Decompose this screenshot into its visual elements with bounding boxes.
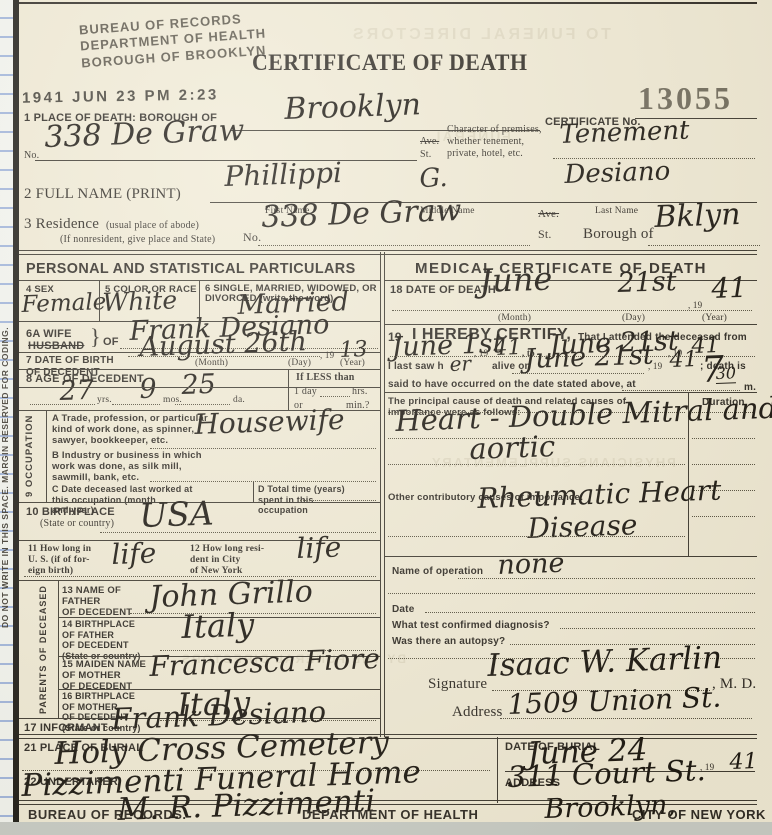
death-time-minutes: 30 [715, 363, 736, 384]
rule [300, 482, 376, 501]
mother-maiden-name-value: Francesca Fiore [149, 642, 381, 683]
print-19: , 19 [648, 361, 662, 372]
left-border-bar [13, 0, 19, 822]
rule [385, 262, 757, 281]
death-certificate-scan: TO FUNERAL DIRECTORS FUNERAL PHYSICIANS … [0, 0, 772, 835]
footer-city-label: CITY OF NEW YORK [632, 807, 766, 822]
father-name-label: 13 NAME OF FATHER OF DECEDENT [62, 585, 132, 619]
last-saw-label: I last saw h [388, 361, 444, 373]
scan-bottom-edge [0, 822, 772, 835]
full-name-label: 2 FULL NAME (PRINT) [24, 186, 181, 204]
st-label: St. [420, 149, 431, 161]
top-border-rule [19, 2, 757, 4]
da-sublabel: da. [233, 395, 245, 406]
rule [24, 558, 376, 577]
bleedthrough-text: TO FUNERAL DIRECTORS [350, 26, 611, 44]
burial-column-divider [497, 737, 498, 803]
cell-divider [58, 580, 59, 718]
rule [648, 227, 760, 246]
rule [388, 575, 755, 594]
parents-vertical-label: PARENTS OF DECEASED [38, 582, 56, 718]
margin-do-not-write-note: DO NOT WRITE IN THIS SPACE. MARGIN RESER… [0, 245, 13, 710]
rule [175, 386, 230, 405]
rule [385, 324, 757, 325]
rule [19, 369, 380, 388]
rule [258, 227, 530, 246]
last-name-sublabel: Last Name [595, 206, 638, 217]
death-month-sublabel: (Month) [498, 313, 531, 324]
yrs-sublabel: yrs. [97, 395, 112, 406]
residence-st-label: St. [538, 227, 552, 241]
residence-ave-label: Ave. [538, 208, 559, 221]
residence-label: 3 Residence [24, 216, 99, 234]
rule [19, 351, 380, 370]
last-saw-year: 41 [669, 347, 698, 373]
rule [35, 142, 417, 161]
physician-address-label: Address [452, 704, 503, 722]
ave-label: Ave. [420, 136, 439, 148]
rule [30, 386, 95, 405]
rule [388, 518, 685, 537]
rule [692, 446, 755, 465]
footer-department-label: DEPARTMENT OF HEALTH [302, 807, 478, 822]
death-year-sublabel: (Year) [702, 313, 727, 324]
rule [112, 386, 160, 405]
residence-borough-label: Borough of [583, 226, 654, 244]
date-received-stamp: 1941 JUN 23 PM 2:23 [22, 86, 219, 106]
date-of-test-label: Date [392, 604, 414, 616]
section-divider [19, 250, 757, 255]
rule [392, 292, 752, 311]
premises-label: Character of premises, whether tenement,… [447, 124, 542, 159]
mother-maiden-name-label: 15 MAIDEN NAME OF MOTHER OF DECEDENT [62, 659, 146, 693]
rule [19, 262, 380, 281]
certificate-title: CERTIFICATE OF DEATH [252, 50, 527, 76]
occupation-vertical-label: 9 OCCUPATION [24, 412, 44, 500]
cause-of-death-line2: aortic [469, 429, 556, 466]
last-saw-her: er [449, 351, 471, 376]
rule [500, 700, 752, 719]
signature-label: Signature [428, 676, 487, 694]
rule [150, 463, 376, 482]
residence-sublabel2: (If nonresident, give place and State) [60, 234, 215, 246]
residence-sublabel1: (usual place of abode) [106, 220, 199, 232]
bureau-received-stamp: BUREAU OF RECORDS DEPARTMENT OF HEALTH B… [79, 10, 268, 72]
cell-divider [253, 482, 254, 502]
death-day-sublabel: (Day) [622, 313, 645, 324]
occurred-at-label: said to have occurred on the date stated… [388, 379, 636, 391]
rule [385, 556, 757, 557]
cell-divider [46, 410, 47, 502]
rule [150, 430, 376, 449]
